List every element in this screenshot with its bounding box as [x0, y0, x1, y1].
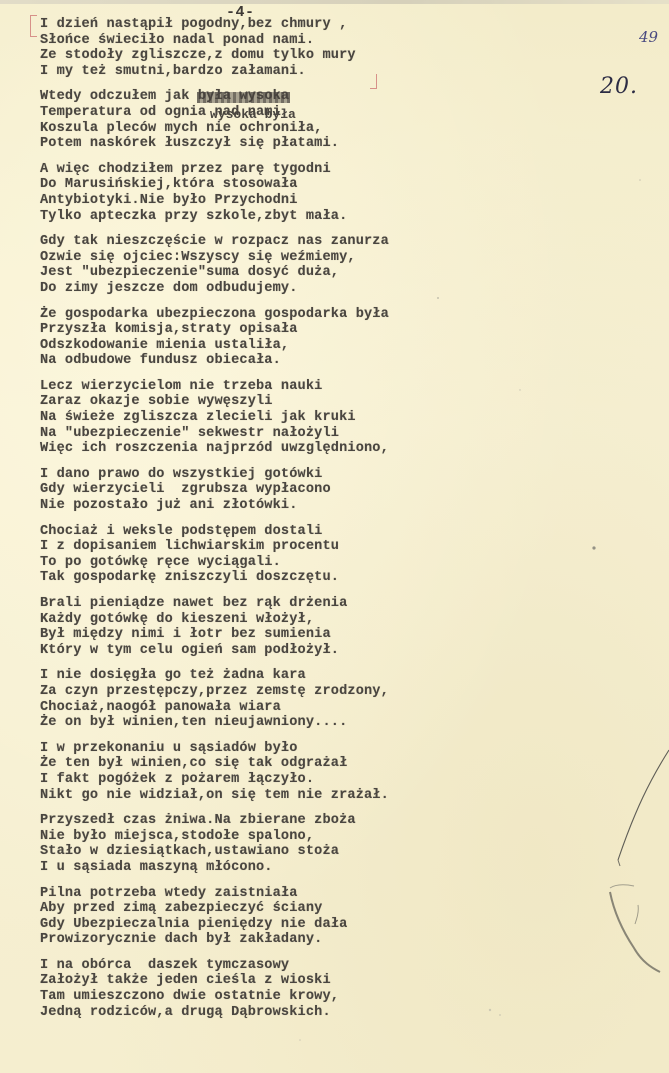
poem-line: I u sąsiada maszyną młócono. — [40, 860, 500, 876]
poem-line: Antybiotyki.Nie było Przychodni — [40, 193, 500, 209]
poem-line: Na "ubezpieczenie" sekwestr nałożyli — [40, 426, 500, 442]
stanza: Pilna potrzeba wtedy zaistniałaAby przed… — [40, 886, 500, 948]
poem-line: Przyszedł czas żniwa.Na zbierane zboża — [40, 813, 500, 829]
stanza: I dano prawo do wszystkiej gotówkiGdy wi… — [40, 467, 500, 514]
poem-line: Aby przed zimą zabezpieczyć ściany — [40, 901, 500, 917]
poem-line: Tam umieszczono dwie ostatnie krowy, — [40, 989, 500, 1005]
stanza: Przyszedł czas żniwa.Na zbierane zbożaNi… — [40, 813, 500, 875]
poem-line: To po gotówkę ręce wyciągali. — [40, 555, 500, 571]
poem-line: Tylko apteczka przy szkole,zbyt mała. — [40, 209, 500, 225]
poem-line: Ze stodoły zgliszcze,z domu tylko mury — [40, 48, 500, 64]
poem-line: Zaraz okazje sobie wywęszyli — [40, 394, 500, 410]
stanza: Wtedy odczułem jak była wysokaTemperatur… — [40, 89, 500, 151]
stanza: Lecz wierzycielom nie trzeba naukiZaraz … — [40, 379, 500, 457]
poem-line-text: Wtedy odczułem jak — [40, 89, 198, 104]
poem-line: I dzień nastąpił pogodny,bez chmury , — [40, 17, 500, 33]
poem-line: Lecz wierzycielom nie trzeba nauki — [40, 379, 500, 395]
poem-line: I w przekonaniu u sąsiadów było — [40, 741, 500, 757]
poem-line: Słońce świeciło nadal ponad nami. — [40, 33, 500, 49]
poem-line: Gdy tak nieszczęście w rozpacz nas zanur… — [40, 234, 500, 250]
poem-line: Odszkodowanie mienia ustaliła, — [40, 338, 500, 354]
poem-line: Do Marusińskiej,która stosowała — [40, 177, 500, 193]
poem-line: Który w tym celu ogień sam podłożył. — [40, 643, 500, 659]
stanza: Gdy tak nieszczęście w rozpacz nas zanur… — [40, 234, 500, 296]
handwritten-folio-number: 20. — [600, 74, 638, 99]
poem-line: Że on był winien,ten nieujawniony.... — [40, 715, 500, 731]
poem-line: Jedną rodziców,a drugą Dąbrowskich. — [40, 1005, 500, 1021]
poem-line: Chociaż,naogół panowała wiara — [40, 700, 500, 716]
poem-line: I na obórca daszek tymczasowy — [40, 958, 500, 974]
poem-line: Brali pieniądze nawet bez rąk drżenia — [40, 596, 500, 612]
document-page: -4- 49 20. wysoka była I dzień nastąpił … — [0, 0, 669, 1073]
poem-line: Do zimy jeszcze dom odbudujemy. — [40, 281, 500, 297]
page-top-edge — [0, 0, 669, 4]
stanza: I w przekonaniu u sąsiadów byłoŻe ten by… — [40, 741, 500, 803]
poem-line: Potem naskórek łuszczył się płatami. — [40, 136, 500, 152]
poem-line: Chociaż i weksle podstępem dostali — [40, 524, 500, 540]
poem-line: I dano prawo do wszystkiej gotówki — [40, 467, 500, 483]
poem-line: Na świeże zgliszcza zlecieli jak kruki — [40, 410, 500, 426]
poem-line: Prowizorycznie dach był zakładany. — [40, 932, 500, 948]
poem-line: Nikt go nie widział,on się tem nie zraża… — [40, 788, 500, 804]
poem-line: Każdy gotówkę do kieszeni włożył, — [40, 612, 500, 628]
poem-line: Nie było miejsca,stodołe spalono, — [40, 829, 500, 845]
poem-line: Ozwie się ojciec:Wszyscy się weźmiemy, — [40, 250, 500, 266]
poem-line: Przyszła komisja,straty opisała — [40, 322, 500, 338]
stanza: I dzień nastąpił pogodny,bez chmury ,Sło… — [40, 17, 500, 79]
poem-line: Że gospodarka ubezpieczona gospodarka by… — [40, 307, 500, 323]
poem-line: Stało w dziesiątkach,ustawiano stoża — [40, 844, 500, 860]
pencil-sketch — [590, 740, 669, 1000]
poem-line: I fakt pogóżek z pożarem łączyło. — [40, 772, 500, 788]
poem-line: Że ten był winien,co się tak odgrażał — [40, 756, 500, 772]
poem-line: Jest "ubezpieczenie"suma dosyć duża, — [40, 265, 500, 281]
poem-line: Gdy Ubezpieczalnia pieniędzy nie dała — [40, 917, 500, 933]
struck-out-text: była wysoka — [198, 89, 289, 105]
poem-line: I nie dosięgła go też żadna kara — [40, 668, 500, 684]
stanza: I nie dosięgła go też żadna karaZa czyn … — [40, 668, 500, 730]
poem-line: Tak gospodarkę zniszczyli doszczętu. — [40, 570, 500, 586]
poem-line: A więc chodziłem przez parę tygodni — [40, 162, 500, 178]
stanza: I na obórca daszek tymczasowyZałożył tak… — [40, 958, 500, 1020]
poem-line: Założył także jeden cieśla z wioski — [40, 973, 500, 989]
poem-body: I dzień nastąpił pogodny,bez chmury ,Sło… — [40, 17, 500, 1020]
handwritten-archive-number: 49 — [639, 28, 658, 46]
red-pencil-bracket-left — [30, 15, 37, 37]
poem-line: Więc ich roszczenia najprzód uwzględnion… — [40, 441, 500, 457]
poem-line: Pilna potrzeba wtedy zaistniała — [40, 886, 500, 902]
stanza: Brali pieniądze nawet bez rąk drżeniaKaż… — [40, 596, 500, 658]
poem-line: Temperatura od ognia nad nami — [40, 105, 500, 121]
poem-line: Wtedy odczułem jak była wysoka — [40, 89, 500, 105]
poem-line: Gdy wierzycieli zgrubsza wypłacono — [40, 482, 500, 498]
poem-line: Za czyn przestępczy,przez zemstę zrodzon… — [40, 684, 500, 700]
stanza: A więc chodziłem przez parę tygodniDo Ma… — [40, 162, 500, 224]
poem-line: Na odbudowe fundusz obiecała. — [40, 353, 500, 369]
poem-line: I z dopisaniem lichwiarskim procentu — [40, 539, 500, 555]
poem-line: Nie pozostało już ani złotówki. — [40, 498, 500, 514]
poem-line: Koszula pleców mych nie ochroniła, — [40, 121, 500, 137]
poem-line: Był między nimi i łotr bez sumienia — [40, 627, 500, 643]
stanza: Że gospodarka ubezpieczona gospodarka by… — [40, 307, 500, 369]
stanza: Chociaż i weksle podstępem dostaliI z do… — [40, 524, 500, 586]
poem-line: I my też smutni,bardzo załamani. — [40, 64, 500, 80]
